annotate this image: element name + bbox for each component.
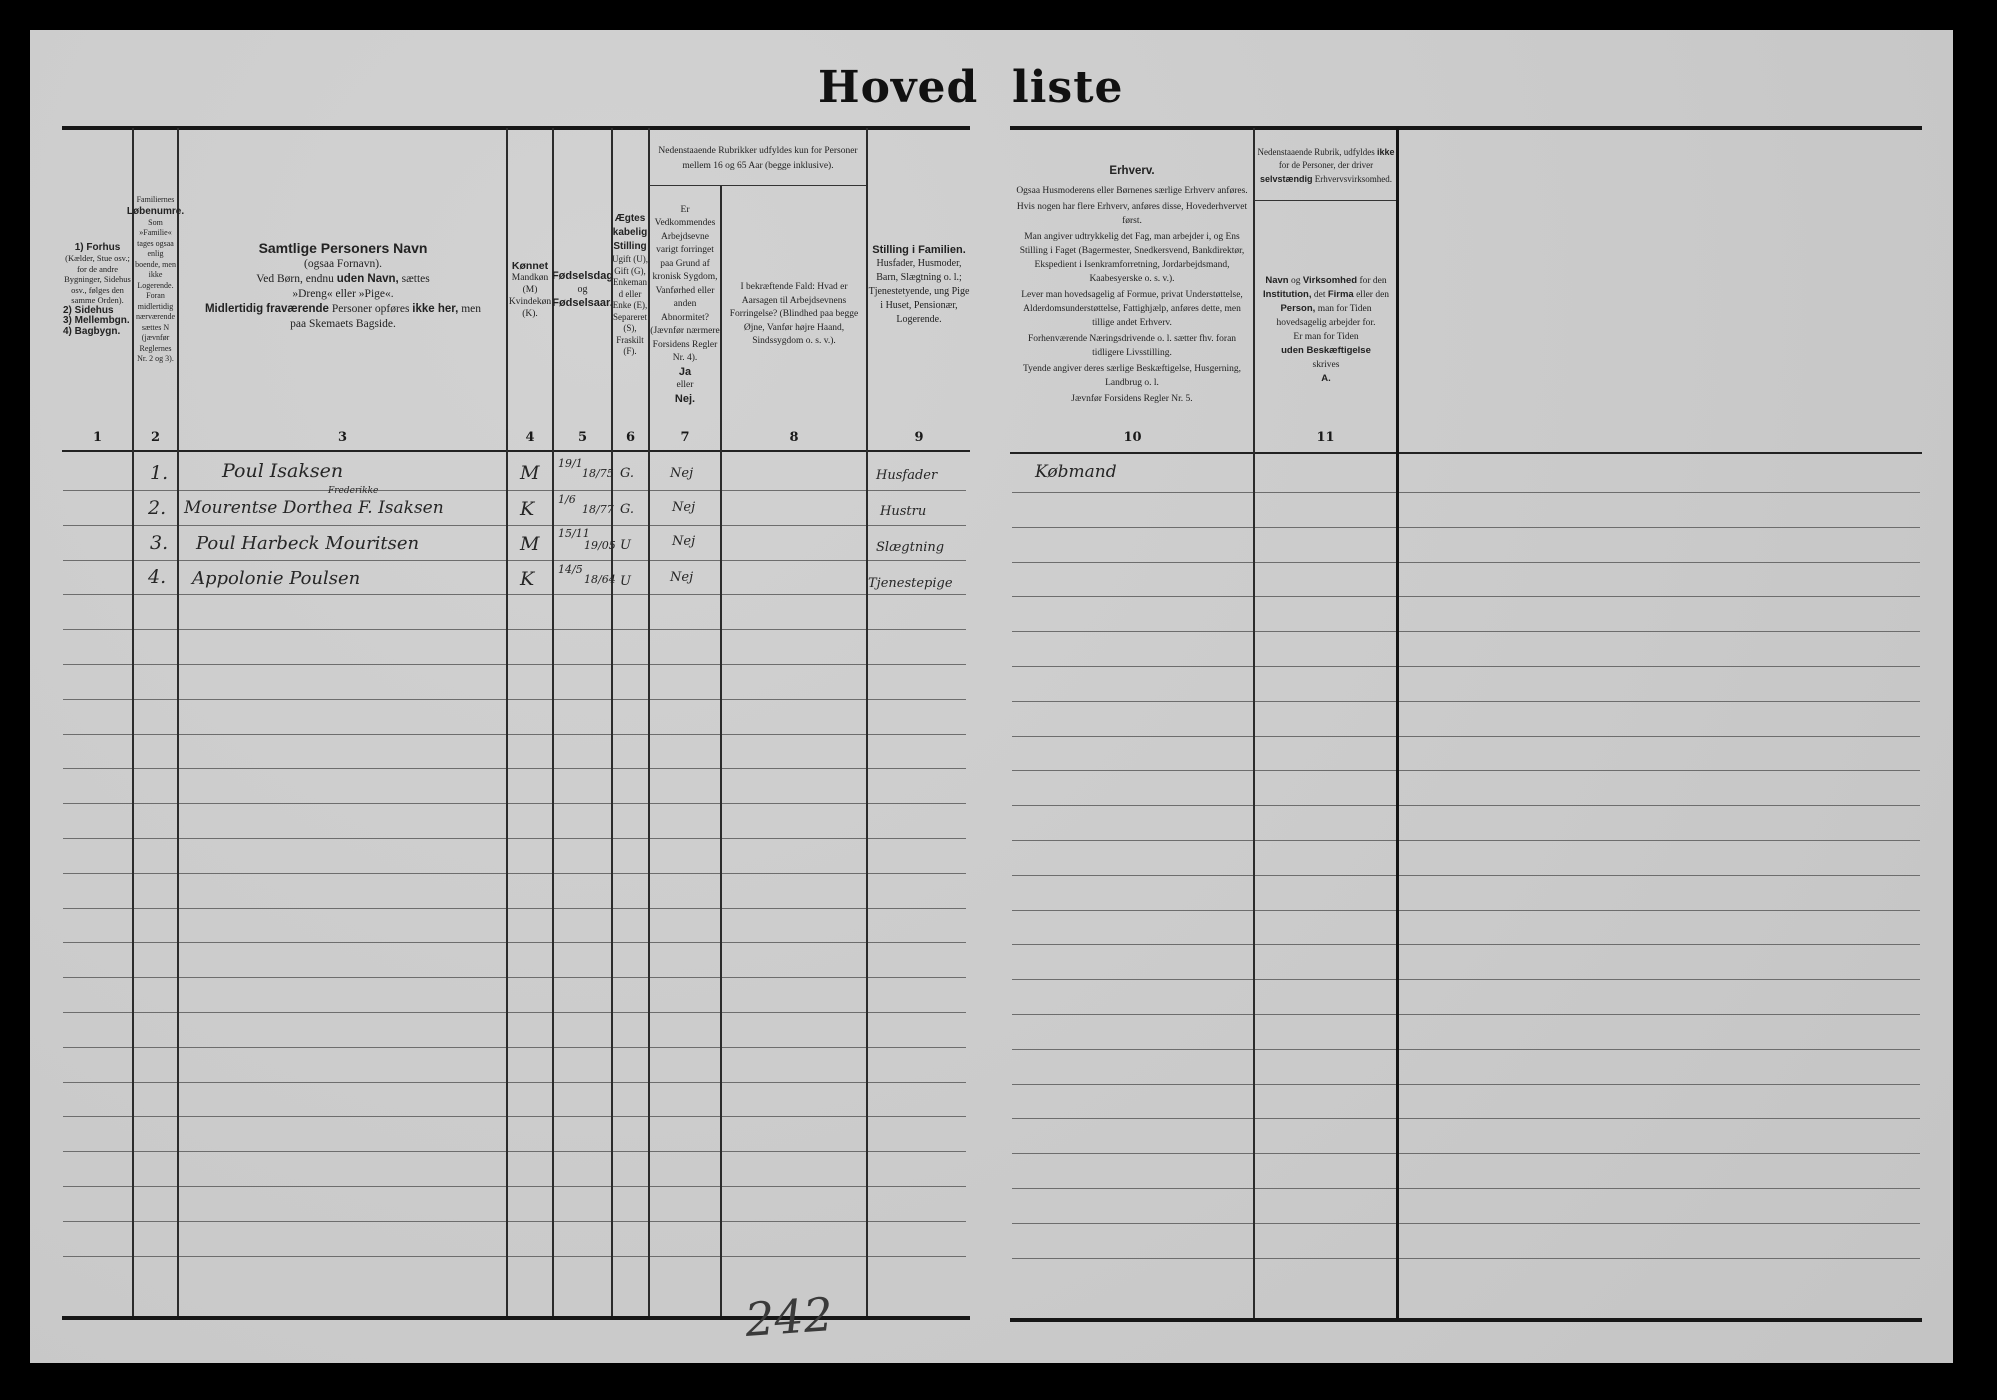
col3-sub: (ogsaa Fornavn). <box>304 257 382 272</box>
col11-b5: Person, <box>1280 303 1315 314</box>
row-rule <box>179 803 506 804</box>
col-number-8: 8 <box>722 430 866 445</box>
row-rule <box>722 1186 866 1187</box>
col-number-11: 11 <box>1255 430 1396 445</box>
col7-body: Er Vedkommendes Arbejdsevne varigt forri… <box>650 204 720 366</box>
row-rule <box>179 1256 506 1257</box>
row-rule <box>1399 562 1920 563</box>
row-rule <box>1012 840 1253 841</box>
row-rule <box>722 490 866 491</box>
row-rule <box>722 629 866 630</box>
row-rule <box>1012 1188 1253 1189</box>
row-rule <box>179 1012 506 1013</box>
row-rule <box>508 525 552 526</box>
col5-heading2: Fødselsaar. <box>552 296 613 311</box>
row-rule <box>1399 910 1920 911</box>
col3-line3b: Personer opføres <box>329 303 412 315</box>
row-rule <box>179 977 506 978</box>
row2-birth-year: 18/77 <box>582 504 614 515</box>
row-rule <box>1012 666 1253 667</box>
row-rule <box>1255 1014 1396 1015</box>
row-rule <box>134 1116 177 1117</box>
row-rule <box>1012 1258 1253 1259</box>
row-rule <box>508 629 552 630</box>
row-rule <box>613 768 648 769</box>
row-rule <box>554 803 611 804</box>
row-rule <box>179 1221 506 1222</box>
row-rule <box>179 734 506 735</box>
row-rule <box>650 664 720 665</box>
row-rule <box>868 1116 966 1117</box>
col11-top-note: Nedenstaaende Rubrik, udfyldes ikke for … <box>1256 134 1396 198</box>
row-rule <box>179 838 506 839</box>
row-rule <box>613 977 648 978</box>
row-rule <box>554 664 611 665</box>
row-rule <box>134 1221 177 1222</box>
row-rule <box>179 560 506 561</box>
row-rule <box>613 594 648 595</box>
row-rule <box>1255 1258 1396 1259</box>
row-rule <box>508 1116 552 1117</box>
row-rule <box>508 908 552 909</box>
col11-top-c: for de Personer, der driver <box>1279 160 1373 170</box>
col11-t7: skrives <box>1313 358 1340 372</box>
row2-disability: Nej <box>672 500 695 515</box>
bottom-rule-left <box>62 1316 970 1320</box>
col2-heading: Løbenumre. <box>127 206 184 218</box>
col2-header: Familiernes Løbenumre. Som »Familie« tag… <box>134 160 177 400</box>
row-rule <box>613 1082 648 1083</box>
row-rule <box>1399 666 1920 667</box>
row-rule <box>179 1082 506 1083</box>
col11-t3: det <box>1311 290 1327 300</box>
col-number-10: 10 <box>1012 430 1253 445</box>
row-rule <box>63 873 132 874</box>
row4-number: 4. <box>148 566 166 588</box>
row-rule <box>63 594 132 595</box>
row-rule <box>1399 1014 1920 1015</box>
row-rule <box>134 838 177 839</box>
col1-bagbygning: 4) Bagbygn. <box>63 327 120 338</box>
row-rule <box>1012 631 1253 632</box>
row-rule <box>1255 527 1396 528</box>
row-rule <box>868 664 966 665</box>
row-rule <box>63 1082 132 1083</box>
row-rule <box>650 803 720 804</box>
row1-sex: M <box>520 462 539 484</box>
row-rule <box>63 803 132 804</box>
row-rule <box>613 490 648 491</box>
row-rule <box>134 699 177 700</box>
row-rule <box>63 908 132 909</box>
row-rule <box>613 1151 648 1152</box>
row-rule <box>650 977 720 978</box>
row-rule <box>554 560 611 561</box>
row-rule <box>63 977 132 978</box>
row-rule <box>1255 1153 1396 1154</box>
row-rule <box>1399 944 1920 945</box>
row-rule <box>508 1012 552 1013</box>
col1-forhus: 1) Forhus <box>75 243 121 254</box>
row1-civil-status: G. <box>620 466 634 481</box>
row3-family-position: Slægtning <box>876 540 944 555</box>
row-rule <box>508 803 552 804</box>
row-rule <box>722 873 866 874</box>
row-rule <box>868 525 966 526</box>
row-rule <box>554 1082 611 1083</box>
row2-family-position: Hustru <box>880 504 926 519</box>
row2-name: Mourentse Dorthea F. Isaksen <box>184 498 444 518</box>
col10-para-3: Man angiver udtrykkelig det Fag, man arb… <box>1016 230 1248 286</box>
row-rule <box>650 838 720 839</box>
row-rule <box>722 838 866 839</box>
row-rule <box>650 629 720 630</box>
row-rule <box>554 942 611 943</box>
row-rule <box>508 873 552 874</box>
row-rule <box>868 1186 966 1187</box>
row-rule <box>1399 875 1920 876</box>
row-rule <box>179 629 506 630</box>
col10-para-2: Hvis nogen har flere Erhverv, anføres di… <box>1016 200 1248 228</box>
row-rule <box>868 629 966 630</box>
row-rule <box>613 1186 648 1187</box>
row-rule <box>508 768 552 769</box>
row-rule <box>1255 1049 1396 1050</box>
row-rule <box>508 490 552 491</box>
col3-line3d: men <box>458 303 481 315</box>
row-rule <box>63 560 132 561</box>
col-number-3: 3 <box>179 430 506 445</box>
row-rule <box>134 1256 177 1257</box>
row-rule <box>613 873 648 874</box>
col11-b3: Institution, <box>1263 289 1312 300</box>
row-rule <box>179 768 506 769</box>
col-number-4: 4 <box>508 430 552 445</box>
row-rule <box>1399 492 1920 493</box>
row-rule <box>1012 527 1253 528</box>
row-rule <box>868 1047 966 1048</box>
row-rule <box>179 873 506 874</box>
row4-sex: K <box>520 568 534 590</box>
col11-b2: Virksomhed <box>1303 275 1357 286</box>
row-rule <box>63 1221 132 1222</box>
row-rule <box>554 525 611 526</box>
row-rule <box>134 1012 177 1013</box>
col10-para-7: Jævnfør Forsidens Regler Nr. 5. <box>1071 392 1192 406</box>
row-rule <box>508 977 552 978</box>
row-rule <box>650 594 720 595</box>
row-rule <box>1255 840 1396 841</box>
row-rule <box>554 1221 611 1222</box>
row-rule <box>868 490 966 491</box>
row-rule <box>508 838 552 839</box>
row-rule <box>613 629 648 630</box>
row-rule <box>179 699 506 700</box>
header-rule-right <box>1010 452 1922 454</box>
row-rule <box>1399 1188 1920 1189</box>
col11-top-b: ikke <box>1377 147 1395 157</box>
row-rule <box>1255 562 1396 563</box>
row-rule <box>650 1186 720 1187</box>
row-rule <box>1255 666 1396 667</box>
col4-body: Mandkøn (M) Kvindekøn (K). <box>508 272 552 320</box>
col5-header: Fødselsdag og Fødselsaar. <box>554 240 611 340</box>
row-rule <box>868 734 966 735</box>
row-rule <box>1399 805 1920 806</box>
row-rule <box>868 908 966 909</box>
row-rule <box>508 1186 552 1187</box>
row-rule <box>868 768 966 769</box>
row-rule <box>63 734 132 735</box>
row-rule <box>1255 1118 1396 1119</box>
row-rule <box>613 942 648 943</box>
row-rule <box>1255 770 1396 771</box>
row-rule <box>868 873 966 874</box>
row-rule <box>1012 910 1253 911</box>
row4-birth-day: 14/5 <box>558 564 583 575</box>
col9-heading: Stilling i Familien. <box>872 243 966 257</box>
col3-line3a: Midlertidig fraværende <box>205 303 329 315</box>
row-rule <box>650 699 720 700</box>
row-rule <box>179 594 506 595</box>
row-rule <box>1399 1049 1920 1050</box>
row-rule <box>1255 1188 1396 1189</box>
col1-header: 1) Forhus (Kælder, Stue osv.; for de and… <box>63 200 132 380</box>
row-rule <box>134 1151 177 1152</box>
row-rule <box>508 942 552 943</box>
col-number-9: 9 <box>868 430 970 445</box>
row-rule <box>63 1047 132 1048</box>
title-liste: liste <box>1012 62 1124 113</box>
row-rule <box>63 629 132 630</box>
row-rule <box>722 803 866 804</box>
row-rule <box>508 594 552 595</box>
row-rule <box>179 1047 506 1048</box>
row-rule <box>868 560 966 561</box>
row4-birth-year: 18/64 <box>584 574 616 585</box>
row-rule <box>63 942 132 943</box>
row-rule <box>1012 1118 1253 1119</box>
row-rule <box>508 734 552 735</box>
row-rule <box>508 699 552 700</box>
row-rule <box>134 560 177 561</box>
row-rule <box>1399 631 1920 632</box>
row-rule <box>650 1012 720 1013</box>
row-rule <box>722 699 866 700</box>
row-rule <box>179 1151 506 1152</box>
row-rule <box>722 1151 866 1152</box>
row-rule <box>1012 596 1253 597</box>
row-rule <box>722 768 866 769</box>
row-rule <box>650 1221 720 1222</box>
row-rule <box>134 1047 177 1048</box>
col11-b4: Firma <box>1328 289 1354 300</box>
row3-sex: M <box>520 533 539 555</box>
col3-header: Samtlige Personers Navn (ogsaa Fornavn).… <box>180 230 506 340</box>
row3-civil-status: U <box>620 538 631 553</box>
col11-t6: Er man for Tiden <box>1293 330 1358 344</box>
row-rule <box>134 490 177 491</box>
row1-family-position: Husfader <box>876 468 937 483</box>
row-rule <box>613 699 648 700</box>
row-rule <box>650 525 720 526</box>
row1-birth-year: 18/75 <box>582 468 614 479</box>
row-rule <box>508 1082 552 1083</box>
top-rule-left <box>62 126 970 130</box>
row2-number: 2. <box>148 497 166 519</box>
row-rule <box>1012 1014 1253 1015</box>
row-rule <box>554 629 611 630</box>
col3-line4: paa Skemaets Bagside. <box>290 317 396 332</box>
row-rule <box>722 1012 866 1013</box>
col4-heading: Kønnet <box>512 260 548 272</box>
row-rule <box>554 1116 611 1117</box>
row-rule <box>722 1047 866 1048</box>
col3-line3c: ikke her, <box>412 303 458 315</box>
row-rule <box>613 560 648 561</box>
row-rule <box>134 977 177 978</box>
col3-line2: »Dreng« eller »Pige«. <box>292 287 393 302</box>
row-rule <box>508 1256 552 1257</box>
col-number-6: 6 <box>613 430 648 445</box>
row-rule <box>722 1116 866 1117</box>
row-rule <box>650 1047 720 1048</box>
row-rule <box>63 768 132 769</box>
row-rule <box>1012 562 1253 563</box>
col5-og: og <box>578 284 588 297</box>
row-rule <box>134 873 177 874</box>
row-rule <box>1012 805 1253 806</box>
row-rule <box>554 873 611 874</box>
row-rule <box>134 629 177 630</box>
col10-header: Erhverv. Ogsaa Husmoderens eller Børnene… <box>1016 150 1248 420</box>
row-rule <box>650 560 720 561</box>
row-rule <box>554 594 611 595</box>
row-rule <box>1399 1084 1920 1085</box>
row-rule <box>134 942 177 943</box>
title-hoved: Hoved <box>818 62 978 113</box>
row-rule <box>868 1151 966 1152</box>
row-rule <box>868 594 966 595</box>
row2-sex: K <box>520 498 534 520</box>
row-rule <box>1399 770 1920 771</box>
col3-line1c: sættes <box>399 273 430 285</box>
row-rule <box>1012 1223 1253 1224</box>
row-rule <box>722 942 866 943</box>
col-number-7: 7 <box>650 430 720 445</box>
row-rule <box>554 1151 611 1152</box>
col1-forhus-note: (Kælder, Stue osv.; for de andre Bygning… <box>63 253 132 306</box>
row-rule <box>1012 701 1253 702</box>
row-rule <box>1399 701 1920 702</box>
row-rule <box>554 1256 611 1257</box>
row-rule <box>868 977 966 978</box>
row-rule <box>1255 1223 1396 1224</box>
row-rule <box>1012 979 1253 980</box>
row-rule <box>722 560 866 561</box>
row-rule <box>1255 979 1396 980</box>
col2-body: Som »Familie« tages ogsaa enlig boende, … <box>134 218 177 365</box>
row-rule <box>1399 1153 1920 1154</box>
col2-pre: Familiernes <box>137 195 175 206</box>
row-rule <box>650 1256 720 1257</box>
row-rule <box>554 734 611 735</box>
row-rule <box>868 838 966 839</box>
row-rule <box>1255 631 1396 632</box>
row-rule <box>613 803 648 804</box>
col9-body: Husfader, Husmoder, Barn, Slægtning o. l… <box>868 257 970 327</box>
row-rule <box>722 1082 866 1083</box>
row-rule <box>613 525 648 526</box>
row-rule <box>63 1256 132 1257</box>
row-rule <box>179 942 506 943</box>
row1-occupation: Købmand <box>1035 462 1117 482</box>
row3-number: 3. <box>150 532 168 554</box>
header-rule-left <box>62 450 970 452</box>
col6-heading: Ægteskabelig Stilling <box>612 212 648 254</box>
row-rule <box>1399 979 1920 980</box>
row-rule <box>650 1151 720 1152</box>
row-rule <box>508 664 552 665</box>
row-rule <box>613 1256 648 1257</box>
row-rule <box>63 838 132 839</box>
col4-header: Kønnet Mandkøn (M) Kvindekøn (K). <box>508 240 552 340</box>
row-rule <box>1012 1084 1253 1085</box>
row-rule <box>868 1012 966 1013</box>
row2-birth-day: 1/6 <box>558 494 576 505</box>
row-rule <box>134 525 177 526</box>
col-divider-10-11 <box>1253 128 1255 1318</box>
row-rule <box>722 977 866 978</box>
col11-b1: Navn <box>1265 275 1288 286</box>
row-rule <box>63 1116 132 1117</box>
row-rule <box>63 664 132 665</box>
col11-top-a: Nedenstaaende Rubrik, udfyldes <box>1258 147 1377 157</box>
row-rule <box>508 1151 552 1152</box>
bottom-rule-right <box>1010 1318 1922 1322</box>
row-rule <box>508 1047 552 1048</box>
col3-line1b: uden Navn, <box>337 273 399 285</box>
col11-b6: uden Beskæftigelse <box>1281 344 1371 358</box>
row1-name: Poul Isaksen <box>222 460 343 482</box>
row4-civil-status: U <box>620 574 631 589</box>
col11-top-d: selvstændig <box>1260 174 1313 184</box>
row-rule <box>508 1221 552 1222</box>
row-rule <box>1255 701 1396 702</box>
row-rule <box>179 908 506 909</box>
row-rule <box>650 768 720 769</box>
row3-name: Poul Harbeck Mouritsen <box>196 533 419 554</box>
row-rule <box>179 1116 506 1117</box>
row-rule <box>868 1256 966 1257</box>
col8-body: I bekræftende Fald: Hvad er Aarsagen til… <box>724 281 864 349</box>
row-rule <box>554 977 611 978</box>
col3-heading: Samtlige Personers Navn <box>259 239 428 257</box>
row-rule <box>554 490 611 491</box>
row-rule <box>1012 944 1253 945</box>
row-rule <box>134 768 177 769</box>
row-rule <box>554 1047 611 1048</box>
col7-nej: Nej. <box>675 393 695 407</box>
row-rule <box>1399 1118 1920 1119</box>
col11-b7: A. <box>1321 372 1331 386</box>
row1-number: 1. <box>150 462 168 484</box>
row-rule <box>134 594 177 595</box>
row-rule <box>722 525 866 526</box>
row-rule <box>868 1221 966 1222</box>
col-divider-11-12 <box>1396 128 1399 1318</box>
row-rule <box>1255 596 1396 597</box>
